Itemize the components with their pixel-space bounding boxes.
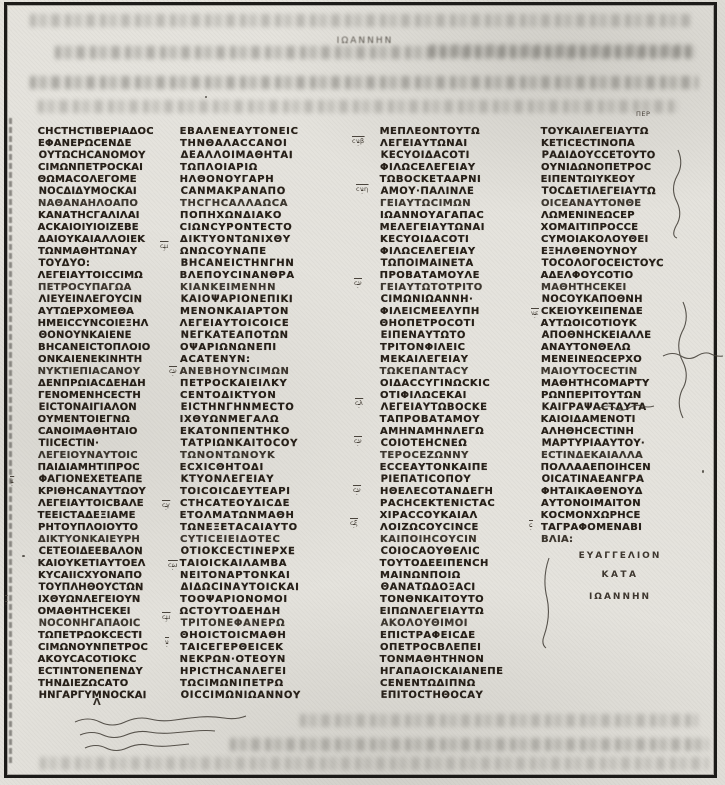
bleedthrough-text-row [40, 757, 708, 770]
eusebian-section-mark: ϲμ [162, 614, 171, 625]
manuscript-line: ΛΕΓΕΙΟΥΝΑΥΤΟΙϹ [38, 450, 180, 462]
manuscript-line: ϹΑΝΜΑΚΡΑΝΑΠΟ [181, 186, 347, 198]
manuscript-line: ΛΟΙΖΩϹΟΥϹΙΝϹΕ [380, 522, 536, 534]
manuscript-line: ΤΑΙΟΙϹΚΑΙΛΑΜΒΑ [180, 558, 346, 570]
manuscript-line: ΕΠΙΤΟϹΤΗΘΟϹΑΥ [381, 690, 537, 702]
bleedthrough-text-row [430, 44, 695, 57]
manuscript-line: ΤΩΠΟΙΜΑΙΝΕΤΑ [381, 258, 537, 270]
manuscript-line: ΤΩΝΟΝΤΩΝΟΥΚ [180, 450, 346, 462]
manuscript-line: ΟΙΔΑϹϹΥΓΙΝΩϹΚΙϹ [380, 378, 536, 390]
manuscript-line: ΚΡΙΘΗϹΑΝΑΥΤΩΟΥ [38, 486, 180, 498]
manuscript-line: ΒΛΕΠΟΥϹΙΝΑΝΘΡΑ [180, 270, 346, 282]
manuscript-line: ΚΙΑΝΚΕΙΜΕΝΗΝ [180, 282, 346, 294]
manuscript-line: ΙΧΘΥΩΝΛΕΓΕΙΟΥΝ [38, 594, 180, 606]
manuscript-line: ΜΑΙΟΥΤΟϹΕϹΤΙΝ [541, 366, 699, 378]
manuscript-line: ΙΩΑΝΝΟΥΑΓΑΠΑϹ [380, 210, 536, 222]
manuscript-line: ΔΙΔΩϹΙΝΑΥΤΟΙϹΚΑΙ [181, 582, 347, 594]
manuscript-line: ΕΙϹΤΗΝΓΗΝΜΕϹΤΟ [181, 402, 347, 414]
manuscript-line: ΙΧΘΥΩΝΜΕΓΑΛΩ [180, 414, 346, 426]
bleedthrough-text-row [38, 100, 678, 113]
manuscript-line: ΚΕϹΥΟΙΔΑϹΟΤΙ [381, 150, 537, 162]
manuscript-line: ΑΚΟΛΟΥΘΙΜΟΙ [381, 618, 537, 630]
manuscript-line: ΕϹΤΙΝΤΟΝΕΠΕΝΔΥ [38, 666, 180, 678]
manuscript-line: ΚΑΙΠΟΙΗϹΟΥϹΙΝ [380, 534, 536, 546]
manuscript-line: ΡΑΔΙΔΟΥϹϹΕΤΟΥΤΟ [542, 150, 700, 162]
manuscript-column-3: ΜΕΠΛΕΟΝΤΟΥΤΩΛΕΓΕΙΑΥΤΩΝΑΙΚΕϹΥΟΙΔΑϹΟΤΙΦΙΛΩ… [380, 126, 536, 702]
manuscript-line: ΤΩΝΜΑΘΗΤΩΝΑΥ [38, 246, 180, 258]
manuscript-line: ΟΥΝΙΔΩΝΟΠΕΤΡΟϹ [541, 162, 699, 174]
manuscript-line: ΤΑΙϹΕΓΕΡΘΕΙϹΕΚ [180, 642, 346, 654]
eusebian-section-mark: ν [165, 639, 169, 650]
manuscript-line: ΚΑΙΟΨΑΡΙΟΝΕΠΙΚΙ [181, 294, 347, 306]
manuscript-line: ϹΤΗϹΑΤΕΟΥΔΙϹΔΕ [180, 498, 346, 510]
manuscript-line: ΓΕΙΑΥΤΩΤΟΤΡΙΤΟ [380, 282, 536, 294]
manuscript-line: ϹΕΝΤΟΔΙΚΤΥΟΝ [180, 390, 346, 402]
manuscript-line: ΟΨΑΡΙΩΝΩΝΕΠΙ [180, 342, 346, 354]
eusebian-section-mark: κ [10, 478, 14, 489]
manuscript-line: ΤΟϹΟΛΟΓΟϹΕΙϹΤΟΥϹ [542, 258, 700, 270]
manuscript-line: ΑΚΟΥϹΑϹΟΤΙΟΚϹ [38, 654, 180, 666]
manuscript-line: ϹΗϹΤΗϹΤΙΒΕΡΙΑΔΟϹ [38, 126, 180, 138]
manuscript-line: ΕϹϹΕΑΥΤΟΝΚΑΙΠΕ [380, 462, 536, 474]
manuscript-line: ΕΤΟΛΜΑΤΩΝΜΑΘΗ [180, 510, 346, 522]
ink-speck [205, 96, 207, 98]
manuscript-line: ΕΦΑΝΕΡΩϹΕΝΔΕ [38, 138, 180, 150]
manuscript-line: ΡΩΝΠΕΡΙΤΟΥΤΩΝ [541, 390, 699, 402]
manuscript-line: ΘΑΝΑΤΩΔΟΞΑϹΙ [381, 582, 537, 594]
subscription-line-evangelion: ΕΥΑΓΓΕΛΙΟΝ [541, 551, 699, 561]
manuscript-line: ΒΗϹΑΝΕΙϹΤΗΝΓΗΝ [181, 258, 347, 270]
manuscript-line: ΤΩϹΙΜΩΝΙΠΕΤΡΩ [180, 678, 346, 690]
manuscript-line: ΚΑΝΑΤΗϹΓΑΛΙΛΑΙ [38, 210, 180, 222]
manuscript-line: ΝΥΚΤΙΕΠΙΑϹΑΝΟΥ [38, 366, 180, 378]
manuscript-line: ΟΥΜΕΝΤΟΙΕΓΝΩ [38, 414, 180, 426]
manuscript-line: ΚΑΙΟΥΚΕΤΙΑΥΤΟΕΛ [38, 558, 180, 570]
manuscript-line: ΕΚΑΤΟΝΠΕΝΤΗΚΟ [180, 426, 346, 438]
manuscript-line: ΤΟΥΠΛΗΘΟΥϹΤΩΝ [39, 582, 181, 594]
manuscript-line: ΔΙΚΤΥΟΝΤΩΝΙΧΘΥ [180, 234, 346, 246]
manuscript-line: ΤΙΙϹΕϹΤΙΝ· [39, 438, 181, 450]
manuscript-line: ΤΩΠΛΟΙΑΡΙΩ [180, 162, 346, 174]
eusebian-section-mark: ϲνβ [352, 138, 365, 149]
manuscript-line: ΘΗΟΠΕΤΡΟϹΟΤΙ [380, 318, 536, 330]
manuscript-line: ΦΑΓΙΟΝΕΧΕΤΕΑΠΕ [39, 474, 181, 486]
manuscript-line: ΦΙΛΕΙϹΜΕΕΛΥΠΗ [380, 306, 536, 318]
manuscript-line: ΟΠΕΤΡΟϹΒΛΕΠΕΙ [380, 642, 536, 654]
manuscript-line: ΛΙΕΥΕΙΝΛΕΓΟΥϹΙΝ [39, 294, 181, 306]
manuscript-line: ΚΤΥΟΝΛΕΓΕΙΑΥ [181, 474, 347, 486]
manuscript-line: ΟΤΙΟΚϹΕϹΤΙΝΕΡΧΕ [181, 546, 347, 558]
eusebian-section-mark: ϲξ [350, 520, 358, 531]
manuscript-line: ΩΝΩϹΟΥΝΑΠΕ [180, 246, 346, 258]
manuscript-line: ΤΟϹΔΕΤΙΛΕΓΕΙΑΥΤΩ [542, 186, 700, 198]
manuscript-line: ΝΕΙΤΟΝΑΡΤΟΝΚΑΙ [180, 570, 346, 582]
manuscript-line: ΤΩΒΟϹΚΕΤΑΑΡΝΙ [380, 174, 536, 186]
manuscript-line: ΤΑΓΡΑΦΟΜΕΝΑΒΙ [541, 522, 699, 534]
manuscript-line: ΜΕΠΛΕΟΝΤΟΥΤΩ [380, 126, 536, 138]
manuscript-line: ΕΠΙϹΤΡΑΦΕΙϹΔΕ [380, 630, 536, 642]
manuscript-column-2: ΕΒΑΛΕΝΕΑΥΤΟΝΕΙϹΤΗΝΘΑΛΑϹϹΑΝΟΙΔΕΑΛΛΟΙΜΑΘΗΤ… [180, 126, 346, 702]
manuscript-column-4: ΤΟΥΚΑΙΛΕΓΕΙΑΥΤΩΚΕΤΙϹΕϹΤΙΝΟΠΑΡΑΔΙΔΟΥϹϹΕΤΟ… [541, 126, 699, 546]
eusebian-section-mark: ϲ [529, 522, 533, 533]
manuscript-line: ΩϹΤΟΥΤΟΔΕΗΔΗ [180, 606, 346, 618]
manuscript-line: ϹΚΕΙΟΥΚΕΙΠΕΝΔΕ [541, 306, 699, 318]
manuscript-line: ΘΩΜΑϹΟΛΕΓΟΜΕ [38, 174, 180, 186]
manuscript-line: ΗΝΓΑΡΓΥΜΝΟϹΚΑΙ [39, 690, 181, 702]
manuscript-line: ΕΙΠΩΝΛΕΓΕΙΑΥΤΩ [380, 606, 536, 618]
manuscript-line: ΜΑΘΗΤΗϹΟΜΑΡΤΥ [541, 378, 699, 390]
manuscript-line: ΚΕϹΥΟΙΔΑϹΟΤΙ [380, 234, 536, 246]
manuscript-line: ΚΕΤΙϹΕϹΤΙΝΟΠΑ [541, 138, 699, 150]
manuscript-line: ΑΜΟΥ·ΠΑΛΙΝΛΕ [381, 186, 537, 198]
manuscript-line: ΟΝΚΑΙΕΝΕΚΙΝΗΤΗ [38, 354, 180, 366]
manuscript-line: ΤΑΤΡΙΩΝΚΑΙΤΟϹΟΥ [181, 438, 347, 450]
subscription-line-kata: ΚΑΤΑ [541, 570, 699, 580]
ink-speck [702, 470, 704, 473]
manuscript-line: ΤΟΥΔΥΟ: [39, 258, 181, 270]
manuscript-line: ΧΟΜΑΙΤΙΠΡΟϹϹΕ [541, 222, 699, 234]
manuscript-line: ΤΟΝΜΑΘΗΤΗΝΟΝ [380, 654, 536, 666]
manuscript-line: ΡΗΤΟΥΠΛΟΙΟΥΤΟ [38, 522, 180, 534]
manuscript-line: ΠΟΛΛΑΑΕΠΟΙΗϹΕΝ [541, 462, 699, 474]
manuscript-line: ΑϹΚΑΙΟΙΥΙΟΙΖΕΒΕ [38, 222, 180, 234]
manuscript-line: ΤΩΝΕΞΕΤΑϹΑΙΑΥΤΟ [180, 522, 346, 534]
manuscript-line: ΗΜΕΙϹϹΥΝϹΟΙΕΞΗΛ [38, 318, 180, 330]
manuscript-line: ΝΟϹΔΙΔΥΜΟϹΚΑΙ [39, 186, 181, 198]
manuscript-line: ΠΡΟΒΑΤΑΜΟΥΛΕ [380, 270, 536, 282]
eusebian-section-mark: ϲλ [355, 400, 363, 411]
manuscript-line: ΑΝΕΒΗΟΥΝϹΙΜΩΝ [180, 366, 346, 378]
manuscript-line: ΔΕΝΠΡΩΙΑϹΔΕΗΔΗ [38, 378, 180, 390]
manuscript-line: ΕΙϹΤΟΝΑΙΓΙΑΛΟΝ [39, 402, 181, 414]
binding-edge [9, 118, 17, 763]
manuscript-line: ΤΩΚΕΠΑΝΤΑϹΥ [380, 366, 536, 378]
manuscript-line: ϹΕΤΕΟΙΔΕΕΒΑΛΟΝ [39, 546, 181, 558]
eusebian-section-mark: ϲν [354, 438, 362, 449]
manuscript-line: ΟΙϹϹΙΜΩΝΙΩΑΝΝΟΥ [181, 690, 347, 702]
manuscript-line: ΜΕΛΕΓΕΙΑΥΤΩΝΑΙ [380, 222, 536, 234]
manuscript-line: ΘΗΟΙϹΤΟΙϹΜΑΘΗ [180, 630, 346, 642]
manuscript-line: ΠΑΙΔΙΑΜΗΤΙΠΡΟϹ [38, 462, 180, 474]
manuscript-line: ΤΡΙΤΟΝΕΦΑΝΕΡΩ [181, 618, 347, 630]
eusebian-section-mark: ϲνη [356, 186, 369, 197]
manuscript-line: ΠΟΠΗΧΩΝΔΙΑΚΟ [180, 210, 346, 222]
manuscript-line: ϹΙΩΝϹΥΡΟΝΤΕϹΤΟ [180, 222, 346, 234]
manuscript-line: ΤΑΠΡΟΒΑΤΑΜΟΥ [380, 414, 536, 426]
manuscript-line: ΗΡΙϹΤΗϹΑΝΛΕΓΕΙ [180, 666, 346, 678]
manuscript-line: ΑΝΑΥΤΟΝΘΕΛΩ [541, 342, 699, 354]
manuscript-line: ΤΗΝΔΙΕΖΩϹΑΤΟ [38, 678, 180, 690]
manuscript-line: ΛΕΓΕΙΑΥΤΩΒΟϹΚΕ [381, 402, 537, 414]
manuscript-line: ΝΟϹΟΥΚΑΠΟΘΝΗ [542, 294, 700, 306]
manuscript-line: ΑΥΤΩΕΡΧΟΜΕΘΑ [38, 306, 180, 318]
manuscript-line: ΚΑΙΟΙΔΑΜΕΝΟΤΙ [541, 414, 699, 426]
manuscript-line: ΕΙΠΕΝΑΥΤΩΤΟ [381, 330, 537, 342]
ink-speck [22, 555, 25, 557]
eusebian-section-mark: ϲν [353, 487, 361, 498]
manuscript-line: ΑΥΤΟΝΟΙΜΑΙΤΟΝ [541, 498, 699, 510]
manuscript-line: ΝΑΘΑΝΑΗΛΟΑΠΟ [38, 198, 180, 210]
manuscript-line: ΛΕΓΕΙΑΥΤΟΙϹϹΙΜΩ [38, 270, 180, 282]
manuscript-line: ΜΕΚΑΙΛΕΓΕΙΑΥ [380, 354, 536, 366]
manuscript-line: ΛΕΓΕΙΑΥΤΟΙϹΟΙϹΕ [180, 318, 346, 330]
ink-speck [90, 660, 92, 662]
manuscript-line: ΟΤΙΦΙΛΩϹΕΚΑΙ [380, 390, 536, 402]
manuscript-line: ΔΕΑΛΛΟΙΜΑΘΗΤΑΙ [181, 150, 347, 162]
manuscript-line: ϹΙΜΩΝΙΩΑΝΝΗ· [381, 294, 537, 306]
manuscript-line: ΟΙϹΑΤΙΝΑΕΑΝΓΡΑ [542, 474, 700, 486]
manuscript-line: ΚΥϹΑΙΙϹΧΥΟΝΑΠΟ [38, 570, 180, 582]
manuscript-line: ΑΛΗΘΗϹΕϹΤΙΝΗ [541, 426, 699, 438]
manuscript-line: ΡΙΕΠΑΤΙϹΟΠΟΥ [381, 474, 537, 486]
running-title: ΙΩΑΝΝΗΝ [290, 36, 440, 46]
manuscript-line: ΤΗϹΓΗϹΑΛΛΑΩϹΑ [180, 198, 346, 210]
manuscript-line: ΒΛΙΑ: [541, 534, 699, 546]
manuscript-line: ΗΛΘΟΝΟΥΓΑΡΗ [180, 174, 346, 186]
manuscript-line: ΤΩΠΕΤΡΩΟΚϹΕϹΤΙ [38, 630, 180, 642]
manuscript-line: ΚΟϹΜΟΝΧΩΡΗϹΕ [541, 510, 699, 522]
manuscript-line: ϹΕΝΕΝΤΩΔΙΠΝΩ [380, 678, 536, 690]
manuscript-line: ΕΞΗΛΘΕΝΟΥΝΟΥ [541, 246, 699, 258]
manuscript-line: ΛΩΜΕΝΙΝΕΩϹΕΡ [541, 210, 699, 222]
manuscript-line: ΜΑΘΗΤΗϹΕΚΕΙ [541, 282, 699, 294]
eusebian-section-mark: νε [531, 310, 539, 321]
manuscript-line: ΓΕΙΑΥΤΩϹΙΜΩΝ [380, 198, 536, 210]
manuscript-line: ΟΜΑΘΗΤΗϹΕΚΕΙ [38, 606, 180, 618]
manuscript-line: ϹΑΝΟΙΜΑΘΗΤΑΙΟ [38, 426, 180, 438]
manuscript-line: ΗΓΑΠΑΟΙϹΚΑΙΑΝΕΠΕ [380, 666, 536, 678]
manuscript-line: ΕϹΧΙϹΘΗΤΟΔΙ [180, 462, 346, 474]
manuscript-line: ΤΕΕΙϹΤΑΔΕΞΙΑΜΕ [38, 510, 180, 522]
manuscript-line: ΛΕΓΕΙΑΥΤΩΝΑΙ [380, 138, 536, 150]
manuscript-line: ΠΕΤΡΟϹΚΑΙΕΙΛΚΥ [180, 378, 346, 390]
bleedthrough-text-row [300, 714, 698, 727]
manuscript-line: ΤΟΥΚΑΙΛΕΓΕΙΑΥΤΩ [541, 126, 699, 138]
scanned-manuscript-page: ΙΩΑΝΝΗΝ ϹΗϹΤΗϹΤΙΒΕΡΙΑΔΟϹΕΦΑΝΕΡΩϹΕΝΔΕΟΥΤΩ… [0, 0, 725, 785]
manuscript-line: ΟΙϹΕΑΝΑΥΤΟΝΘΕ [541, 198, 699, 210]
manuscript-line: ΤΟΙϹΟΙϹΔΕΥΤΕΑΡΙ [180, 486, 346, 498]
manuscript-line: ΗΘΕΛΕϹΟΤΑΝΔΕΓΗ [380, 486, 536, 498]
manuscript-line: ΤΡΙΤΟΝΦΙΛΕΙϹ [380, 342, 536, 354]
manuscript-line: ΤΟΝΘΝΚΑΙΤΟΥΤΟ [380, 594, 536, 606]
eusebian-section-mark: · [5, 597, 7, 608]
eusebian-section-mark: ϲγ [162, 502, 170, 513]
manuscript-line: ΦΙΛΩϹΕΛΕΓΕΙΑΥ [380, 162, 536, 174]
manuscript-line: ΕΒΑΛΕΝΕΑΥΤΟΝΕΙϹ [180, 126, 346, 138]
manuscript-line: ΔΙΚΤΥΟΝΚΑΙΕΥΡΗ [38, 534, 180, 546]
manuscript-line: ΜΕΝΕΙΝΕΩϹΕΡΧΟ [541, 354, 699, 366]
subscription-line-ioannen: ΙΩΑΝΝΗΝ [541, 592, 699, 602]
manuscript-line: ϹΟΙΟϹΑΟΥΘΕΛΙϹ [381, 546, 537, 558]
manuscript-line: ΟΥΤΩϹΗϹΑΝΟΜΟΥ [39, 150, 181, 162]
manuscript-line: ΑΥΤΩΟΙϹΟΤΙΟΥΚ [541, 318, 699, 330]
scribal-correction-note: ΠΕΡ [636, 110, 650, 118]
eusebian-section-mark: ϲν [354, 280, 362, 291]
manuscript-line: ΝΟϹΟΝΗΓΑΠΑΟΙϹ [39, 618, 181, 630]
manuscript-line: ΒΗϹΑΝΕΙϹΤΟΠΛΟΙΟ [38, 342, 180, 354]
manuscript-line: ΜΑΡΤΥΡΙΑΑΥΤΟΥ· [542, 438, 700, 450]
manuscript-line: ΡΑϹΗϹΕΚΤΕΝΙϹΤΑϹ [380, 498, 536, 510]
manuscript-line: ΝΕΓΚΑΤΕΑΠΟΤΩΝ [181, 330, 347, 342]
manuscript-line: ΤΟΟΨΑΡΙΟΝΟΜΟΙ [180, 594, 346, 606]
manuscript-line: ΦΙΛΩϹΕΛΕΓΕΙΑΥ [380, 246, 536, 258]
bleedthrough-text-row [230, 738, 708, 751]
manuscript-line: ΘΟΝΟΥΝΚΑΙΕΝΕ [39, 330, 181, 342]
manuscript-column-1: ϹΗϹΤΗϹΤΙΒΕΡΙΑΔΟϹΕΦΑΝΕΡΩϹΕΝΔΕΟΥΤΩϹΗϹΑΝΟΜΟ… [38, 126, 180, 702]
manuscript-line: ΝΕΚΡΩΝ·ΟΤΕΟΥΝ [180, 654, 346, 666]
manuscript-line: ϹΙΜΩΝΟΥΝΠΕΤΡΟϹ [38, 642, 180, 654]
manuscript-line: ΑΔΕΛΦΟΥϹΟΤΙΟ [541, 270, 699, 282]
manuscript-line: ΛΕΓΕΙΑΥΤΟΙϹΒΑΛΕ [38, 498, 180, 510]
manuscript-line: ΑΜΗΝΑΜΗΝΛΕΓΩ [380, 426, 536, 438]
manuscript-line: ΔΑΙΟΥΚΑΙΑΛΛΟΙΕΚ [38, 234, 180, 246]
manuscript-line: ΠΕΤΡΟϹΥΠΑΓΩΑ [38, 282, 180, 294]
eusebian-section-mark: ϲμ [160, 243, 169, 254]
manuscript-line: ϹΙΜΩΝΠΕΤΡΟϹΚΑΙ [38, 162, 180, 174]
manuscript-line: ΚΑΙΓΡΑΨΑϹΤΑΥΤΑ [542, 402, 700, 414]
manuscript-line: ΜΑΙΝΩΝΠΟΙΩ [380, 570, 536, 582]
manuscript-line: ΕϹΤΙΝΔΕΚΑΙΑΛΛΑ [541, 450, 699, 462]
manuscript-line: ΜΕΝΟΝΚΑΙΑΡΤΟΝ [180, 306, 346, 318]
manuscript-line: ΑϹΑΤΕΝΥΝ: [180, 354, 346, 366]
bleedthrough-text-row [30, 14, 690, 27]
manuscript-line: ϹΥΤΙϹΕΙΕΙΔΟΤΕϹ [180, 534, 346, 546]
manuscript-line: ΕΙΠΕΝΤΩΙΥΚΕΟΥ [541, 174, 699, 186]
eusebian-section-mark: ϲω [168, 562, 178, 573]
manuscript-line: ΤΗΝΘΑΛΑϹϹΑΝΟΙ [180, 138, 346, 150]
colophon-lambda-mark: Λ [93, 697, 101, 708]
manuscript-line: ΦΗΤΑΙΚΑΘΕΝΟΥΔ [541, 486, 699, 498]
manuscript-line: ϹΥΜΟΙΑΚΟΛΟΥΘΕΙ [541, 234, 699, 246]
manuscript-line: ΧΙΡΑϹϹΟΥΚΑΙΑΛ [380, 510, 536, 522]
manuscript-line: ΓΕΝΟΜΕΝΗϹΕϹΤΗ [38, 390, 180, 402]
eusebian-section-mark: ϲν [169, 368, 177, 379]
manuscript-line: ϹΟΙΟΤΕΗϹΝΕΩ [381, 438, 537, 450]
bleedthrough-text-row [30, 76, 698, 89]
manuscript-line: ΤΕΡΟϹΕΖΩΝΝΥ [380, 450, 536, 462]
manuscript-line: ΑΠΟΘΝΗϹΚΕΙΑΛΛΕ [542, 330, 700, 342]
manuscript-line: ΤΟΥΤΟΔΕΕΙΠΕΝϹΗ [380, 558, 536, 570]
